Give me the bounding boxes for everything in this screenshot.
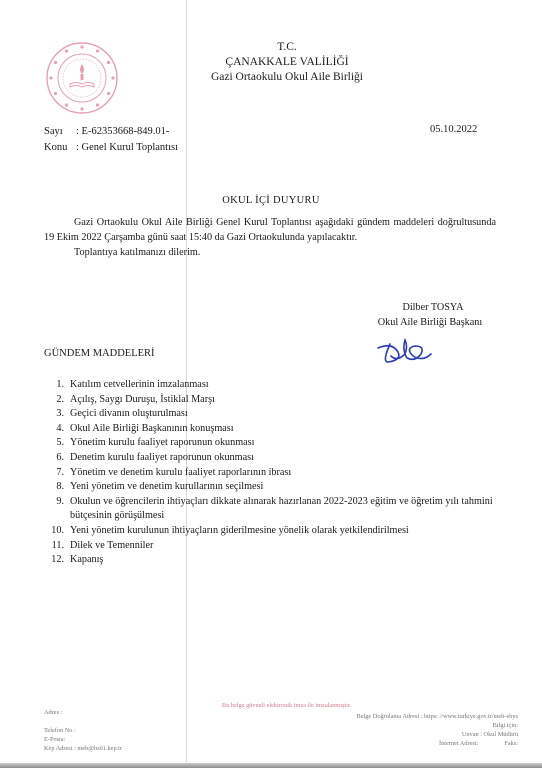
sayi-value: : E-62353668-849.01- [76, 124, 169, 140]
footer-contact: Adres : Telefon No : E-Posta: Kep Adresi… [44, 708, 122, 753]
header-valilik: ÇANAKKALE VALİLİĞİ [187, 55, 387, 70]
document-header: T.C. ÇANAKKALE VALİLİĞİ Gazi Ortaokulu O… [187, 40, 387, 85]
body-closing: Toplantıya katılmanızı dilerim. [44, 245, 496, 260]
agenda-item: 11.Dilek ve Temenniler [44, 539, 514, 554]
footer-email: E-Posta: [44, 735, 122, 744]
footer-fax: Faks: [504, 739, 518, 748]
agenda-item: 9.Okulun ve öğrencilerin ihtiyaçları dik… [44, 495, 514, 524]
signatory-block: Dilber TOSYA Okul Aile Birliği Başkanı [360, 300, 500, 330]
konu-label: Konu [44, 140, 76, 156]
footer-internet: İnternet Adresi: [439, 739, 478, 748]
agenda-item: 12.Kapanış [44, 553, 514, 568]
document-meta: Sayı : E-62353668-849.01- Konu : Genel K… [44, 124, 178, 156]
header-institution: Gazi Ortaokulu Okul Aile Birliği [187, 70, 387, 85]
agenda-item: 6.Denetim kurulu faaliyet raporunun okun… [44, 451, 514, 466]
agenda-item: 10.Yeni yönetim kurulunun ihtiyaçların g… [44, 524, 514, 539]
footer-verification-url: Belge Doğrulama Adresi : https: //www.tu… [357, 712, 518, 721]
agenda-item: 7.Yönetim ve denetim kurulu faaliyet rap… [44, 466, 514, 481]
agenda-list: 1.Katılım cetvellerinin imzalanması 2.Aç… [44, 378, 514, 568]
footer-info-label: Bilgi için: [357, 721, 518, 730]
agenda-item: 1.Katılım cetvellerinin imzalanması [44, 378, 514, 393]
agenda-item: 3.Geçici divanın oluşturulması [44, 407, 514, 422]
document-title: OKUL İÇİ DUYURU [0, 195, 542, 206]
handwritten-signature-icon [375, 336, 437, 371]
scan-bottom-edge [0, 763, 542, 768]
footer-info: Belge Doğrulama Adresi : https: //www.tu… [357, 712, 518, 748]
meb-emblem-icon [44, 40, 120, 116]
agenda-title: GÜNDEM MADDELERİ [44, 348, 155, 359]
agenda-item: 4.Okul Aile Birliği Başkanının konuşması [44, 422, 514, 437]
body-paragraph: Gazi Ortaokulu Okul Aile Birliği Genel K… [44, 215, 496, 245]
footer-phone: Telefon No : [44, 726, 122, 735]
e-signature-notice: Bu belge güvenli elektronik imza ile imz… [222, 702, 351, 709]
signatory-name: Dilber TOSYA [360, 300, 500, 315]
header-tc: T.C. [187, 40, 387, 55]
document-body: Gazi Ortaokulu Okul Aile Birliği Genel K… [44, 215, 496, 260]
footer-title: Unvan : Okul Müdürü [357, 730, 518, 739]
footer-address: Adres : [44, 708, 122, 717]
konu-value: : Genel Kurul Toplantısı [76, 140, 178, 156]
agenda-item: 2.Açılış, Saygı Duruşu, İstiklal Marşı [44, 393, 514, 408]
agenda-item: 5.Yönetim kurulu faaliyet raporunun okun… [44, 436, 514, 451]
document-date: 05.10.2022 [430, 124, 477, 135]
sayi-label: Sayı [44, 124, 76, 140]
agenda-item: 8.Yeni yönetim ve denetim kurullarının s… [44, 480, 514, 495]
signatory-role: Okul Aile Birliği Başkanı [360, 315, 500, 330]
footer-kep: Kep Adresi : meb@hs01.kep.tr [44, 744, 122, 753]
